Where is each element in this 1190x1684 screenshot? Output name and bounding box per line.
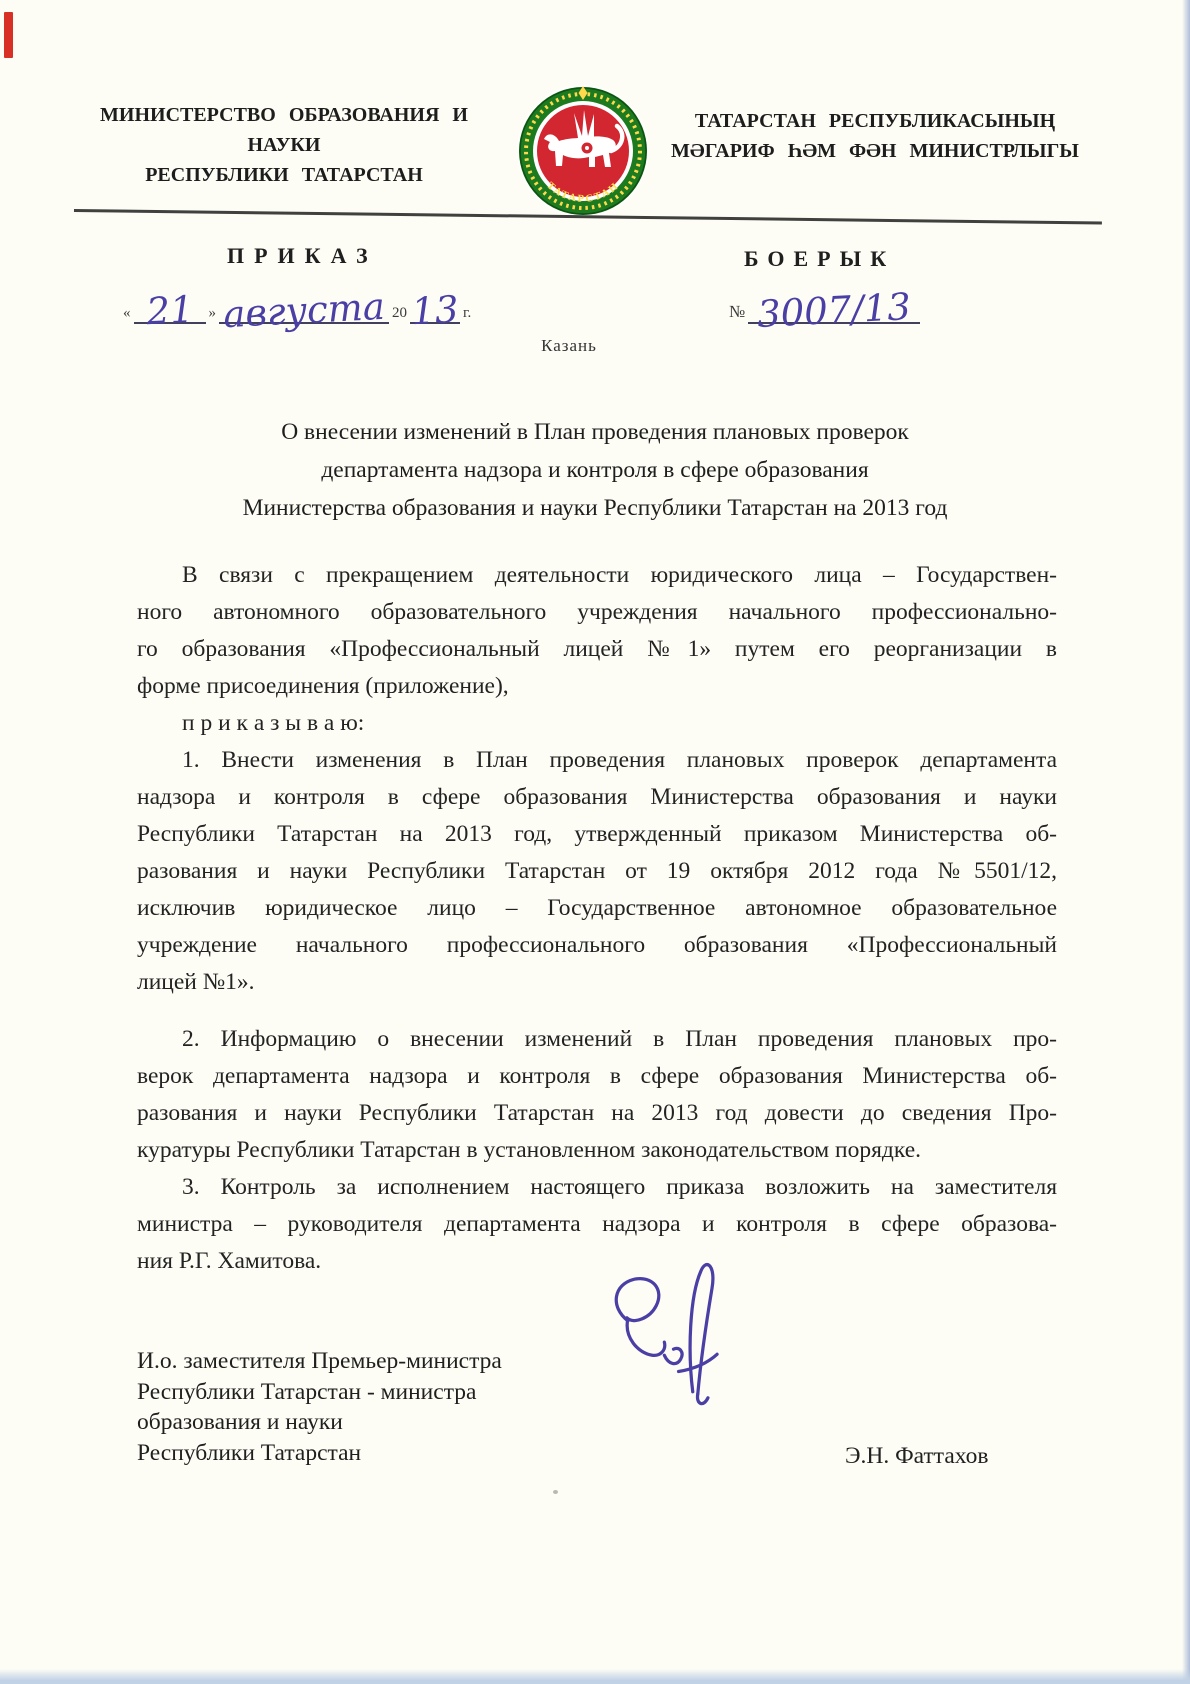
ministry-name-tatar: ТАТАРСТАН РЕСПУБЛИКАСЫНЫҢ МӘГАРИФ ҺӘМ ФӘ… — [636, 106, 1114, 166]
handwritten-month: августа — [218, 285, 390, 337]
scan-edge-right — [1182, 0, 1190, 1684]
document-title-line3: Министерства образования и науки Республ… — [150, 489, 1040, 527]
city-label: Казань — [469, 336, 669, 356]
handwritten-signature — [592, 1258, 757, 1410]
body-line: ного автономного образовательного учрежд… — [137, 594, 1057, 631]
scan-edge-bottom — [0, 1669, 1190, 1684]
body-line: разования и науки Республики Татарстан о… — [137, 853, 1057, 890]
handwritten-number: 3007/13 — [747, 285, 921, 337]
paragraph-4: 2. Информацию о внесении изменений в Пла… — [137, 1021, 1057, 1169]
date-suffix: г. — [460, 305, 474, 324]
ministry-name-tatar-line2: МӘГАРИФ ҺӘМ ФӘН МИНИСТРЛЫГЫ — [636, 136, 1114, 166]
ministry-name-russian-line1: МИНИСТЕРСТВО ОБРАЗОВАНИЯ И НАУКИ — [66, 100, 502, 160]
body-line: В связи с прекращением деятельности юрид… — [137, 557, 1057, 594]
number-label: № — [726, 302, 748, 324]
order-heading-tatar: БОЕРЫК — [744, 246, 895, 272]
ministry-name-russian: МИНИСТЕРСТВО ОБРАЗОВАНИЯ И НАУКИ РЕСПУБЛ… — [66, 100, 502, 190]
handwritten-year: 13 — [409, 288, 461, 334]
scan-red-mark — [4, 12, 13, 58]
signatory-position-line3: образования и науки — [137, 1407, 502, 1438]
body-line: го образования «Профессиональный лицей №… — [137, 631, 1057, 668]
signatory-position-line2: Республики Татарстан - министра — [137, 1377, 502, 1408]
paragraph-3: 1. Внести изменения в План проведения пл… — [137, 742, 1057, 1001]
signatory-position: И.о. заместителя Премьер-министра Респуб… — [137, 1346, 502, 1468]
order-number: № 3007/13 — [726, 272, 920, 324]
date-open-quote: « — [120, 305, 134, 324]
document-body: В связи с прекращением деятельности юрид… — [137, 557, 1057, 1280]
ministry-name-russian-line2: РЕСПУБЛИКИ ТАТАРСТАН — [66, 160, 502, 190]
body-line: 2. Информацию о внесении изменений в Пла… — [137, 1021, 1057, 1058]
date-close-quote: » — [206, 305, 220, 324]
body-line: исключив юридическое лицо – Государствен… — [137, 890, 1057, 927]
number-blank: 3007/13 — [748, 276, 920, 324]
scan-speck — [553, 1490, 558, 1494]
body-line: Республики Татарстан на 2013 год, утверж… — [137, 816, 1057, 853]
document-title-line2: департамента надзора и контроля в сфере … — [150, 451, 1040, 489]
body-line: форме присоединения (приложение), — [137, 668, 1057, 705]
signatory-name: Э.Н. Фаттахов — [845, 1443, 988, 1470]
paragraph-2: п р и к а з ы в а ю: — [137, 705, 1057, 742]
body-line: учреждение начального профессионального … — [137, 927, 1057, 964]
document-title: О внесении изменений в План проведения п… — [150, 413, 1040, 527]
body-line: п р и к а з ы в а ю: — [137, 705, 1057, 742]
date-century: 20 — [389, 305, 410, 324]
order-heading-russian: ПРИКАЗ — [227, 243, 378, 269]
signatory-position-line4: Республики Татарстан — [137, 1438, 502, 1469]
body-line: разования и науки Республики Татарстан н… — [137, 1095, 1057, 1132]
date-month-blank: августа — [219, 276, 389, 324]
body-line: министра – руководителя департамента над… — [137, 1206, 1057, 1243]
order-date: « 21 » августа 20 13 г. — [120, 268, 474, 324]
signatory-position-line1: И.о. заместителя Премьер-министра — [137, 1346, 502, 1377]
body-line: лицей №1». — [137, 964, 1057, 1001]
handwritten-day: 21 — [132, 287, 206, 334]
date-day-blank: 21 — [134, 276, 206, 324]
scanned-order-document: МИНИСТЕРСТВО ОБРАЗОВАНИЯ И НАУКИ РЕСПУБЛ… — [0, 0, 1190, 1684]
body-line: верок департамента надзора и контроля в … — [137, 1058, 1057, 1095]
body-line: куратуры Республики Татарстан в установл… — [137, 1132, 1057, 1169]
document-title-line1: О внесении изменений в План проведения п… — [150, 413, 1040, 451]
body-line: 3. Контроль за исполнением настоящего пр… — [137, 1169, 1057, 1206]
ministry-name-tatar-line1: ТАТАРСТАН РЕСПУБЛИКАСЫНЫҢ — [636, 106, 1114, 136]
body-line: надзора и контроля в сфере образования М… — [137, 779, 1057, 816]
paragraph-1: В связи с прекращением деятельности юрид… — [137, 557, 1057, 705]
body-line: 1. Внести изменения в План проведения пл… — [137, 742, 1057, 779]
date-year-blank: 13 — [410, 276, 460, 324]
tatarstan-coat-of-arms-icon: ТАТАРСТАН — [514, 82, 652, 220]
